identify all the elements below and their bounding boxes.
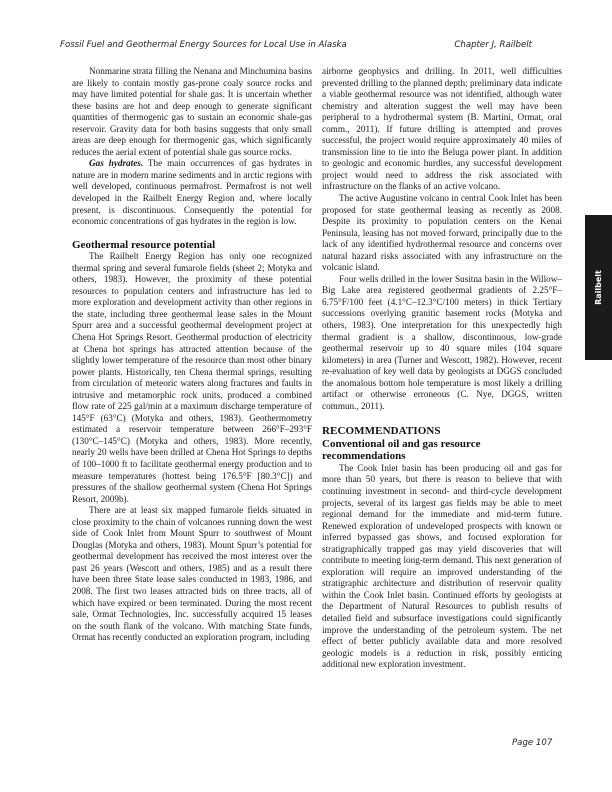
section-heading-recommendations: RECOMMENDATIONS	[322, 425, 562, 438]
paragraph-gas-hydrates: Gas hydrates. The main occurrences of ga…	[72, 158, 312, 227]
run-in-heading: Gas hydrates.	[89, 158, 143, 168]
subsection-heading-conventional: Conventional oil and gas resource recomm…	[322, 438, 562, 463]
paragraph-text: The main occurrences of gas hydrates in …	[72, 158, 312, 226]
header-publication-title: Fossil Fuel and Geothermal Energy Source…	[60, 40, 347, 50]
paragraph: There are at least six mapped fumarole f…	[72, 505, 312, 644]
chapter-thumb-tab: Railbelt	[585, 215, 612, 360]
chapter-tab-label: Railbelt	[594, 270, 603, 305]
page-number: Page 107	[512, 738, 552, 748]
paragraph: Nonmarine strata filling the Nenana and …	[72, 66, 312, 158]
paragraph: The Cook Inlet basin has been producing …	[322, 463, 562, 671]
left-column: Nonmarine strata filling the Nenana and …	[72, 66, 312, 644]
running-header: Fossil Fuel and Geothermal Energy Source…	[60, 40, 532, 50]
document-page: Fossil Fuel and Geothermal Energy Source…	[0, 0, 612, 792]
right-column: airborne geophysics and drilling. In 201…	[322, 66, 562, 671]
paragraph-continued: airborne geophysics and drilling. In 201…	[322, 66, 562, 193]
header-chapter-title: Chapter J, Railbelt	[454, 40, 532, 50]
section-heading-geothermal: Geothermal resource potential	[72, 239, 312, 252]
paragraph: Four wells drilled in the lower Susitna …	[322, 274, 562, 413]
paragraph: The active Augustine volcano in central …	[322, 193, 562, 274]
paragraph: The Railbelt Energy Region has only one …	[72, 251, 312, 505]
